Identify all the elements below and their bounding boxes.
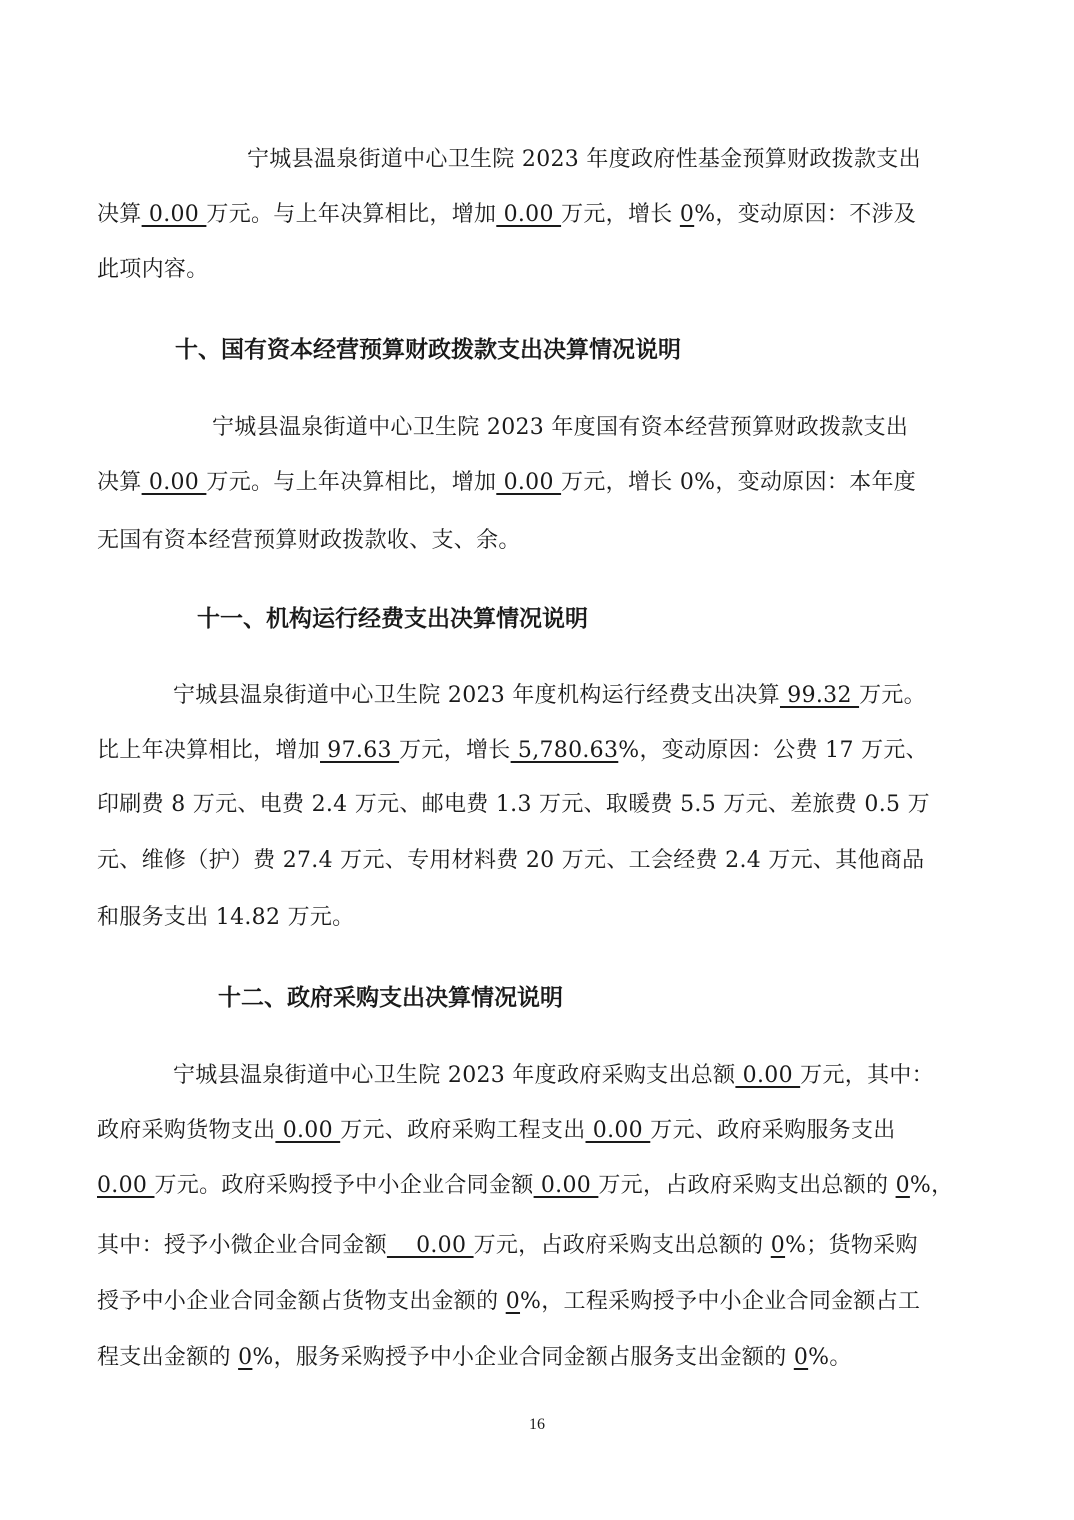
paragraph-line: 0.00 万元。政府采购授予中小企业合同金额 0.00 万元，占政府采购支出总额… (97, 1171, 977, 1201)
text: %，服务采购授予中小企业合同金额占服务支出金额的 (252, 1345, 793, 1370)
text: %，工程采购授予中小企业合同金额占工 (520, 1289, 920, 1314)
paragraph-line: 其中：授予小微企业合同金额 0.00 万元，占政府采购支出总额的 0%；货物采购 (97, 1231, 977, 1261)
text: 比上年决算相比，增加 (97, 738, 320, 763)
text: 万元。政府采购授予中小企业合同金额 (154, 1173, 533, 1198)
text: %。 (808, 1345, 852, 1370)
percent-underlined: 0 (794, 1345, 808, 1370)
paragraph-line: 比上年决算相比，增加 97.63 万元，增长 5,780.63%，变动原因：公费… (97, 736, 977, 766)
amount-underlined: 0.00 (97, 1173, 154, 1198)
percent-underlined: 0 (896, 1173, 910, 1198)
amount-underlined: 0.00 (534, 1173, 599, 1198)
text: 授予中小企业合同金额占货物支出金额的 (97, 1289, 506, 1314)
text: 万元，占政府采购支出总额的 (598, 1173, 895, 1198)
paragraph-line: 宁城县温泉街道中心卫生院 2023 年度机构运行经费支出决算 99.32 万元。 (173, 681, 1053, 711)
amount-underlined: 0.00 (275, 1118, 340, 1143)
text: 万元，增长 (399, 738, 511, 763)
amount-underlined: 0.00 (586, 1118, 651, 1143)
paragraph-line: 无国有资本经营预算财政拨款收、支、余。 (97, 526, 977, 556)
paragraph-line: 授予中小企业合同金额占货物支出金额的 0%，工程采购授予中小企业合同金额占工 (97, 1287, 977, 1317)
text: 万元、政府采购服务支出 (650, 1118, 895, 1143)
paragraph-line: 宁城县温泉街道中心卫生院 2023 年度政府采购支出总额 0.00 万元，其中： (173, 1061, 1053, 1091)
text: 万元，占政府采购支出总额的 (474, 1233, 771, 1258)
percent-underlined: 0 (680, 202, 694, 227)
text: 其中：授予小微企业合同金额 (97, 1233, 387, 1258)
paragraph-line: 宁城县温泉街道中心卫生院 2023 年度国有资本经营预算财政拨款支出 (212, 413, 1074, 443)
paragraph-line: 决算 0.00 万元。与上年决算相比，增加 0.00 万元，增长 0%，变动原因… (97, 468, 977, 498)
text: %，变动原因：公费 17 万元、 (618, 738, 928, 763)
amount-underlined: 0.00 (496, 470, 561, 495)
percent-underlined: 0 (771, 1233, 785, 1258)
percent-underlined: 0 (238, 1345, 252, 1370)
text: 万元。与上年决算相比，增加 (206, 202, 496, 227)
page-number: 16 (0, 1416, 1074, 1434)
paragraph-line: 此项内容。 (97, 255, 977, 285)
text: 决算 (97, 202, 142, 227)
paragraph-line: 宁城县温泉街道中心卫生院 2023 年度政府性基金预算财政拨款支出 (247, 145, 1074, 175)
text: %；货物采购 (785, 1233, 918, 1258)
amount-underlined: 0.00 (387, 1233, 474, 1258)
amount-underlined: 0.00 (142, 202, 207, 227)
text: 政府采购货物支出 (97, 1118, 275, 1143)
section-heading: 十一、机构运行经费支出决算情况说明 (197, 604, 588, 634)
text: 万元，其中： (800, 1063, 934, 1088)
percent-underlined: 5,780.63 (511, 738, 619, 763)
paragraph-line: 政府采购货物支出 0.00 万元、政府采购工程支出 0.00 万元、政府采购服务… (97, 1116, 977, 1146)
text: %，变动原因：不涉及 (694, 202, 916, 227)
text: 万元、政府采购工程支出 (340, 1118, 585, 1143)
text: 万元，增长 0%，变动原因：本年度 (561, 470, 916, 495)
document-page: 宁城县温泉街道中心卫生院 2023 年度政府性基金预算财政拨款支出 决算 0.0… (0, 0, 1074, 1520)
text: 宁城县温泉街道中心卫生院 2023 年度政府采购支出总额 (173, 1063, 735, 1088)
paragraph-line: 程支出金额的 0%，服务采购授予中小企业合同金额占服务支出金额的 0%。 (97, 1343, 977, 1373)
percent-underlined: 0 (506, 1289, 520, 1314)
amount-underlined: 99.32 (780, 683, 859, 708)
text: 万元，增长 (561, 202, 680, 227)
text: 决算 (97, 470, 142, 495)
section-heading: 十、国有资本经营预算财政拨款支出决算情况说明 (175, 335, 681, 365)
paragraph-line: 元、维修（护）费 27.4 万元、专用材料费 20 万元、工会经费 2.4 万元… (97, 846, 977, 876)
text: 程支出金额的 (97, 1345, 238, 1370)
paragraph-line: 决算 0.00 万元。与上年决算相比，增加 0.00 万元，增长 0%，变动原因… (97, 200, 977, 230)
paragraph-line: 和服务支出 14.82 万元。 (97, 903, 977, 933)
amount-underlined: 97.63 (320, 738, 399, 763)
text: 万元。与上年决算相比，增加 (206, 470, 496, 495)
amount-underlined: 0.00 (142, 470, 207, 495)
text: 宁城县温泉街道中心卫生院 2023 年度机构运行经费支出决算 (173, 683, 780, 708)
amount-underlined: 0.00 (496, 202, 561, 227)
section-heading: 十二、政府采购支出决算情况说明 (218, 983, 563, 1013)
paragraph-line: 印刷费 8 万元、电费 2.4 万元、邮电费 1.3 万元、取暖费 5.5 万元… (97, 790, 977, 820)
amount-underlined: 0.00 (735, 1063, 800, 1088)
text: %， (910, 1173, 954, 1198)
text: 万元。 (859, 683, 926, 708)
